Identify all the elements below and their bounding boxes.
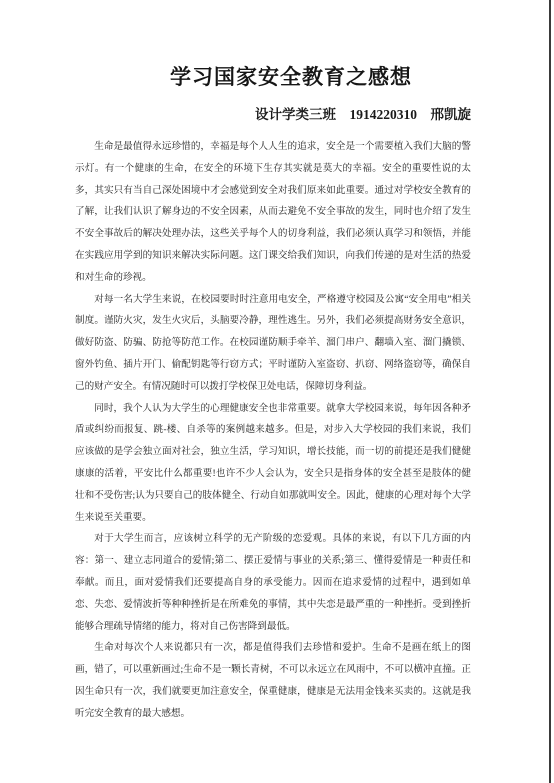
- document-content: 学习国家安全教育之感想 设计学类三班 1914220310 邢凯旋 生命是最值得…: [75, 62, 471, 725]
- document-title: 学习国家安全教育之感想: [93, 62, 489, 92]
- document-page: 学习国家安全教育之感想 设计学类三班 1914220310 邢凯旋 生命是最值得…: [0, 0, 554, 783]
- essay-paragraph-2: 对每一名大学生来说，在校园要时时注意用电安全，严格遵守校园及公寓“安全用电”相关…: [75, 289, 471, 398]
- essay-paragraph-1: 生命是最值得永远珍惜的，幸福是每个人人生的追求，安全是一个需要植入我们大脑的警示…: [75, 136, 471, 289]
- essay-paragraph-4: 对于大学生而言，应该树立科学的无产阶级的恋爱观。具体的来说，有以下几方面的内容：…: [75, 528, 471, 637]
- document-byline: 设计学类三班 1914220310 邢凯旋: [75, 105, 471, 125]
- page-edge-line: [549, 0, 551, 783]
- essay-body: 生命是最值得永远珍惜的，幸福是每个人人生的追求，安全是一个需要植入我们大脑的警示…: [75, 136, 471, 725]
- essay-paragraph-5: 生命对每次个人来说都只有一次，都是值得我们去珍惜和爱护。生命不是画在纸上的图画，…: [75, 637, 471, 724]
- essay-paragraph-3: 同时，我个人认为大学生的心理健康安全也非常重要。就拿大学校园来说，每年因各种矛盾…: [75, 398, 471, 529]
